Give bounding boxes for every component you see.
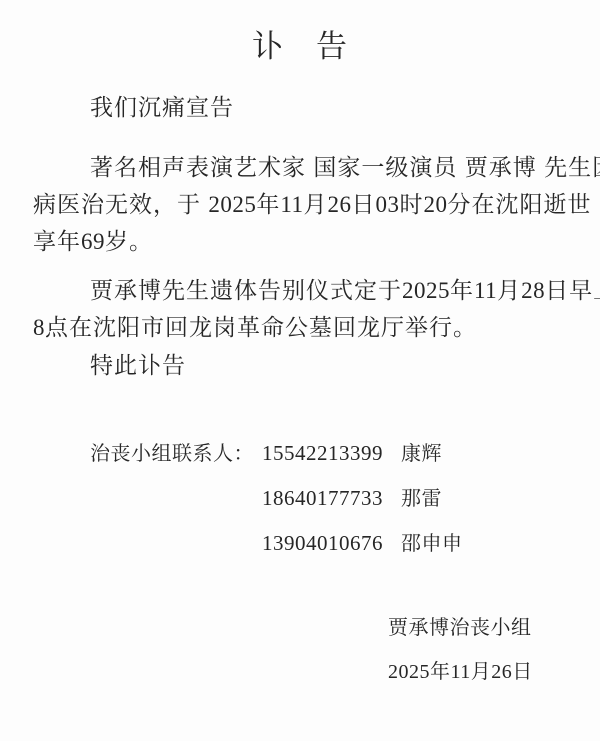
contact-phone: 18640177733 xyxy=(262,476,383,521)
paragraph-line: 享年69岁。 xyxy=(33,223,567,260)
contact-phone: 15542213399 xyxy=(262,431,383,476)
contact-row: 13904010676 邵申申 xyxy=(33,521,567,566)
paragraph-farewell-ceremony: 贾承博先生遗体告别仪式定于2025年11月28日早上 8点在沈阳市回龙岗革命公墓… xyxy=(33,272,567,346)
paragraph-line: 8点在沈阳市回龙岗革命公墓回龙厅举行。 xyxy=(33,309,567,346)
contact-name: 那雷 xyxy=(401,477,442,522)
paragraph-line: 著名相声表演艺术家 国家一级演员 贾承博 先生因 xyxy=(33,149,567,186)
contact-row: 18640177733 那雷 xyxy=(33,476,567,521)
announcement-line: 我们沉痛宣告 xyxy=(33,89,567,126)
signature-date: 2025年11月26日 xyxy=(388,650,567,694)
contacts-label: 治丧小组联系人： xyxy=(33,432,262,477)
contact-name: 康辉 xyxy=(401,432,442,477)
paragraph-death-notice: 著名相声表演艺术家 国家一级演员 贾承博 先生因 病医治无效，于 2025年11… xyxy=(33,149,567,260)
obituary-document: 讣 告 我们沉痛宣告 著名相声表演艺术家 国家一级演员 贾承博 先生因 病医治无… xyxy=(0,0,600,741)
closing-line: 特此讣告 xyxy=(33,347,567,384)
contact-name: 邵申申 xyxy=(401,522,463,567)
paragraph-line: 贾承博先生遗体告别仪式定于2025年11月28日早上 xyxy=(33,272,567,309)
signature-group: 贾承博治丧小组 xyxy=(388,606,567,650)
signature-block: 贾承博治丧小组 2025年11月26日 xyxy=(388,606,567,694)
page-title: 讣 告 xyxy=(33,0,567,68)
contact-phone: 13904010676 xyxy=(262,521,383,566)
contact-row: 治丧小组联系人： 15542213399 康辉 xyxy=(33,431,567,476)
paragraph-line: 病医治无效，于 2025年11月26日03时20分在沈阳逝世 xyxy=(33,186,567,223)
contacts-section: 治丧小组联系人： 15542213399 康辉 18640177733 那雷 1… xyxy=(33,431,567,566)
